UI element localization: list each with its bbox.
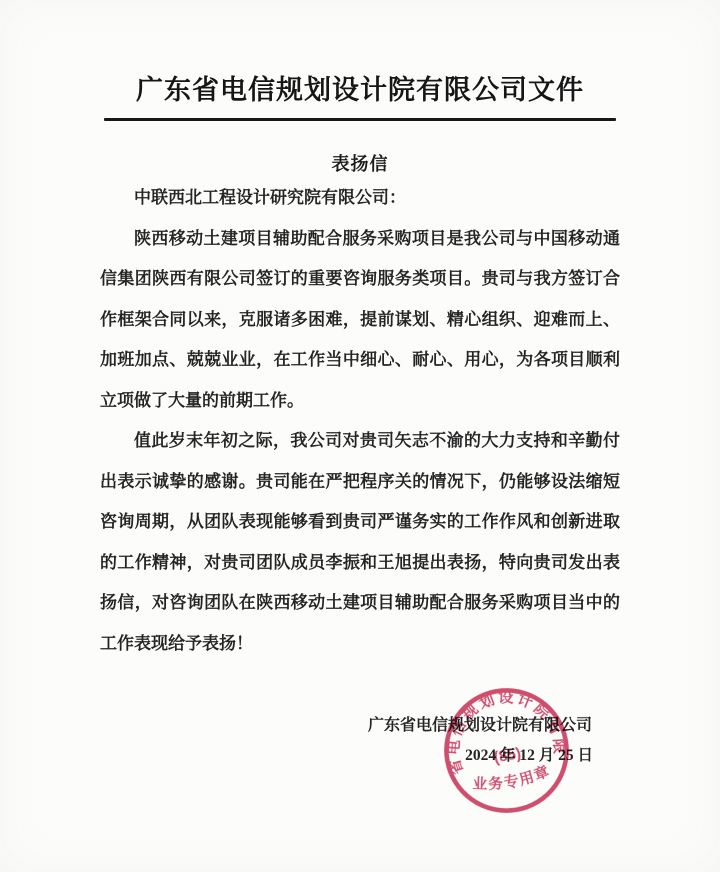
company-seal: 广东省电信规划设计院有限公司 (85) 业务专用章 [406,650,606,850]
paragraph-2: 值此岁末年初之际，我公司对贵司矢志不渝的大力支持和辛勤付出表示诚挚的感谢。贵司能… [100,421,620,664]
letter-page: 广东省电信规划设计院有限公司文件 表扬信 中联西北工程设计研究院有限公司： 陕西… [0,0,720,872]
salutation: 中联西北工程设计研究院有限公司： [100,178,620,219]
letter-title: 表扬信 [100,150,620,176]
seal-ring-text: 广东省电信规划设计院有限公司 [406,650,570,783]
seal-bottom-text: 业务专用章 [469,761,554,798]
seal-center-text: (85) [493,745,523,766]
letterhead-title: 广东省电信规划设计院有限公司文件 [0,68,720,107]
letterhead-divider [104,118,616,121]
letter-body: 中联西北工程设计研究院有限公司： 陕西移动土建项目辅助配合服务采购项目是我公司与… [100,178,620,664]
paragraph-1: 陕西移动土建项目辅助配合服务采购项目是我公司与中国移动通信集团陕西有限公司签订的… [100,219,620,422]
